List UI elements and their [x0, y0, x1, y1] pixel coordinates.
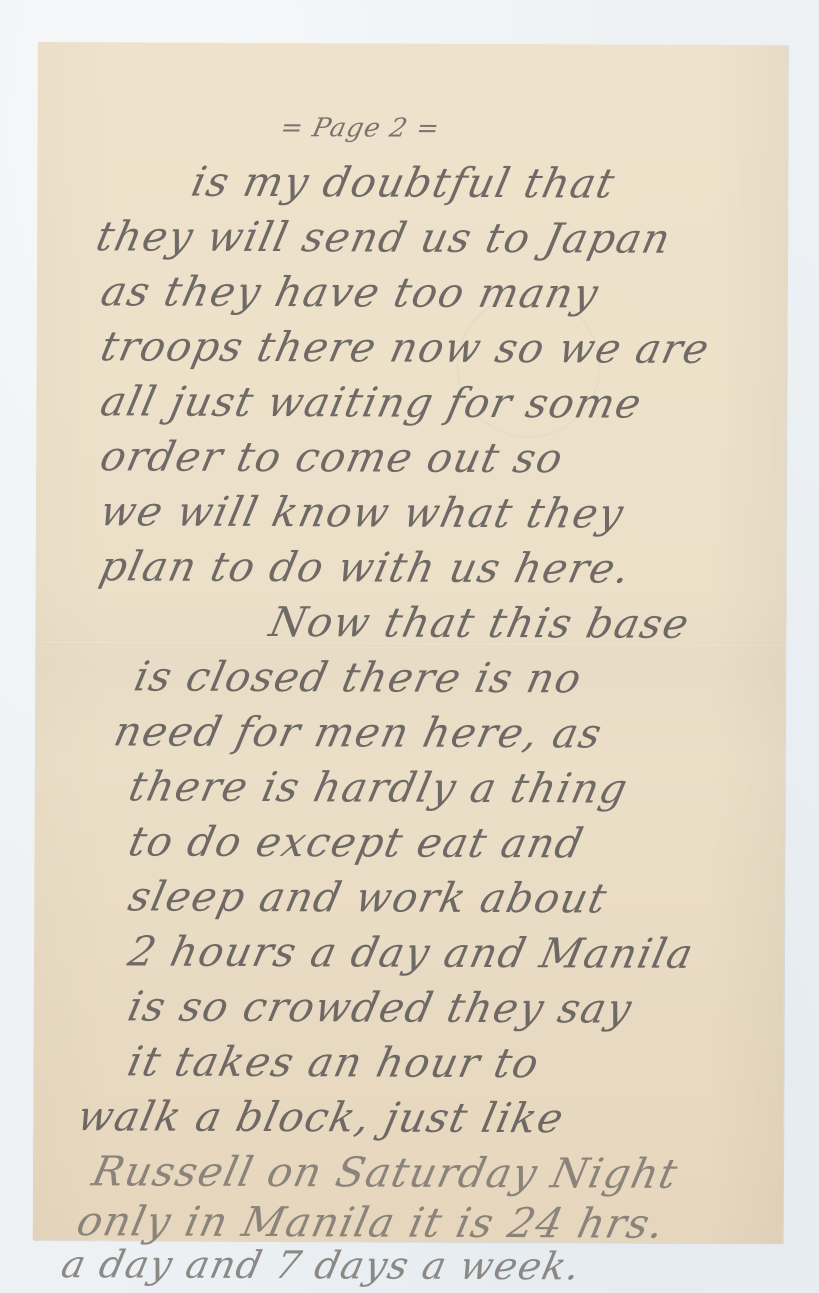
letter-line-19: Russell on Saturday Night	[88, 1147, 683, 1198]
letter-line-18: walk a block, just like	[73, 1092, 569, 1142]
page-number-header: = Page 2 =	[278, 113, 443, 144]
letter-line-3: as they have too many	[97, 267, 604, 317]
letter-line-15: 2 hours a day and Manila	[124, 927, 699, 977]
letter-line-20: only in Manila it is 24 hrs.	[73, 1197, 670, 1248]
letter-line-8: plan to do with us here.	[96, 542, 636, 592]
letter-line-4: troops there now so we are	[97, 322, 715, 373]
letter-line-14: sleep and work about	[124, 872, 612, 922]
letter-line-7: we will know what they	[96, 487, 629, 537]
letter-line-16: is so crowded they say	[124, 982, 637, 1032]
letter-line-2: they will send us to Japan	[92, 212, 676, 262]
letter-line-21: a day and 7 days a week.	[58, 1242, 586, 1288]
letter-line-6: order to come out so	[96, 432, 568, 482]
letter-line-13: to do except eat and	[124, 817, 588, 867]
letter-line-1: is my doubtful that	[187, 158, 620, 208]
letter-line-5: all just waiting for some	[96, 377, 647, 427]
letter-line-10: is closed there is no	[130, 652, 587, 702]
letter-line-11: need for men here, as	[110, 707, 607, 757]
letter-line-12: there is hardly a thing	[125, 762, 633, 812]
letter-line-9: Now that this base	[265, 598, 694, 648]
letter-page: = Page 2 = is my doubtful that they will…	[33, 42, 788, 1243]
letter-line-17: it takes an hour to	[123, 1037, 544, 1087]
